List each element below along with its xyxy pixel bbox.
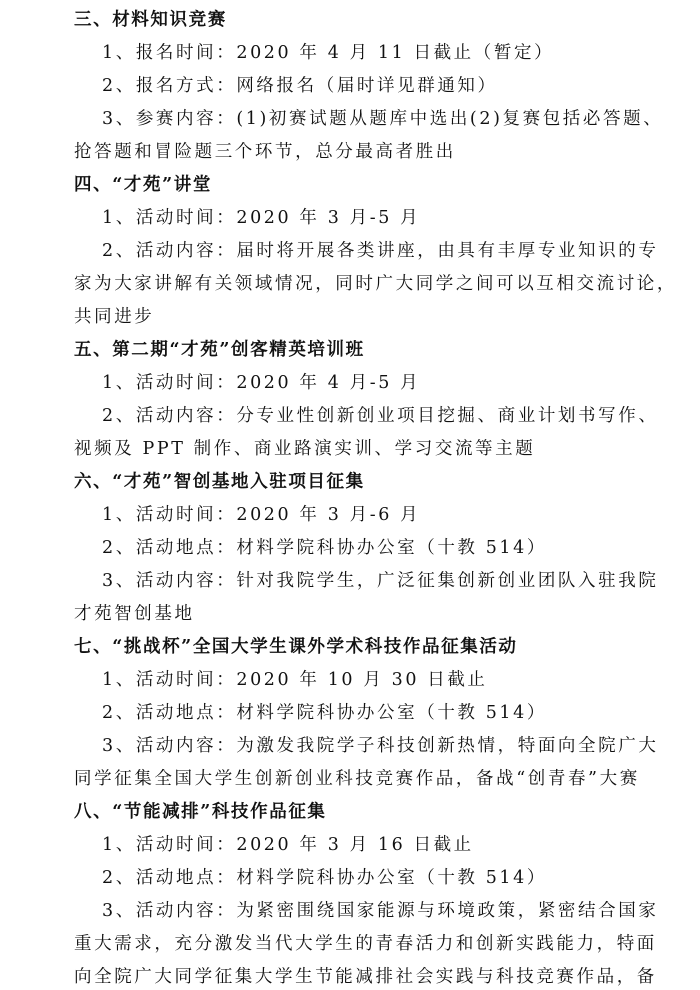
- paragraph-line: 3、参赛内容：(1)初赛试题从题库中选出(2)复赛包括必答题、: [74, 103, 626, 136]
- paragraph-line: 1、活动时间：2020 年 3 月-5 月: [74, 202, 626, 235]
- paragraph-line: 共同进步: [74, 301, 626, 334]
- section-material-knowledge-contest: 三、材料知识竞赛 1、报名时间：2020 年 4 月 11 日截止（暂定） 2、…: [74, 4, 626, 169]
- paragraph-line: 3、活动内容：为激发我院学子科技创新热情，特面向全院广大: [74, 730, 626, 763]
- paragraph-line: 家为大家讲解有关领域情况，同时广大同学之间可以互相交流讨论，: [74, 268, 626, 301]
- paragraph-line: 3、活动内容：针对我院学生，广泛征集创新创业团队入驻我院: [74, 565, 626, 598]
- paragraph-line: 1、活动时间：2020 年 10 月 30 日截止: [74, 664, 626, 697]
- paragraph-line: 2、活动地点：材料学院科协办公室（十教 514）: [74, 532, 626, 565]
- section-heading: 八、“节能减排”科技作品征集: [74, 796, 626, 829]
- section-heading: 四、“才苑”讲堂: [74, 169, 626, 202]
- section-heading: 六、“才苑”智创基地入驻项目征集: [74, 466, 626, 499]
- section-challenge-cup: 七、“挑战杯”全国大学生课外学术科技作品征集活动 1、活动时间：2020 年 1…: [74, 631, 626, 796]
- paragraph-line: 视频及 PPT 制作、商业路演实训、学习交流等主题: [74, 433, 626, 466]
- paragraph-line: 重大需求，充分激发当代大学生的青春活力和创新实践能力，特面: [74, 928, 626, 961]
- section-caiyuan-lecture: 四、“才苑”讲堂 1、活动时间：2020 年 3 月-5 月 2、活动内容：届时…: [74, 169, 626, 334]
- paragraph-line: 2、活动地点：材料学院科协办公室（十教 514）: [74, 697, 626, 730]
- section-maker-elite-training: 五、第二期“才苑”创客精英培训班 1、活动时间：2020 年 4 月-5 月 2…: [74, 334, 626, 466]
- paragraph-line: 1、活动时间：2020 年 3 月 16 日截止: [74, 829, 626, 862]
- paragraph-line: 2、报名方式：网络报名（届时详见群通知）: [74, 70, 626, 103]
- paragraph-line: 向全院广大同学征集大学生节能减排社会实践与科技竞赛作品，备: [74, 961, 626, 990]
- paragraph-line: 1、报名时间：2020 年 4 月 11 日截止（暂定）: [74, 37, 626, 70]
- section-energy-saving-works: 八、“节能减排”科技作品征集 1、活动时间：2020 年 3 月 16 日截止 …: [74, 796, 626, 990]
- paragraph-line: 同学征集全国大学生创新创业科技竞赛作品，备战“创青春”大赛: [74, 763, 626, 796]
- paragraph-line: 1、活动时间：2020 年 4 月-5 月: [74, 367, 626, 400]
- paragraph-line: 2、活动内容：届时将开展各类讲座，由具有丰厚专业知识的专: [74, 235, 626, 268]
- paragraph-line: 1、活动时间：2020 年 3 月-6 月: [74, 499, 626, 532]
- paragraph-line: 2、活动内容：分专业性创新创业项目挖掘、商业计划书写作、: [74, 400, 626, 433]
- document-page: 三、材料知识竞赛 1、报名时间：2020 年 4 月 11 日截止（暂定） 2、…: [74, 4, 626, 990]
- paragraph-line: 3、活动内容：为紧密围绕国家能源与环境政策，紧密结合国家: [74, 895, 626, 928]
- section-heading: 五、第二期“才苑”创客精英培训班: [74, 334, 626, 367]
- paragraph-line: 才苑智创基地: [74, 598, 626, 631]
- paragraph-line: 2、活动地点：材料学院科协办公室（十教 514）: [74, 862, 626, 895]
- section-innovation-base-projects: 六、“才苑”智创基地入驻项目征集 1、活动时间：2020 年 3 月-6 月 2…: [74, 466, 626, 631]
- section-heading: 三、材料知识竞赛: [74, 4, 626, 37]
- paragraph-line: 抢答题和冒险题三个环节，总分最高者胜出: [74, 136, 626, 169]
- section-heading: 七、“挑战杯”全国大学生课外学术科技作品征集活动: [74, 631, 626, 664]
